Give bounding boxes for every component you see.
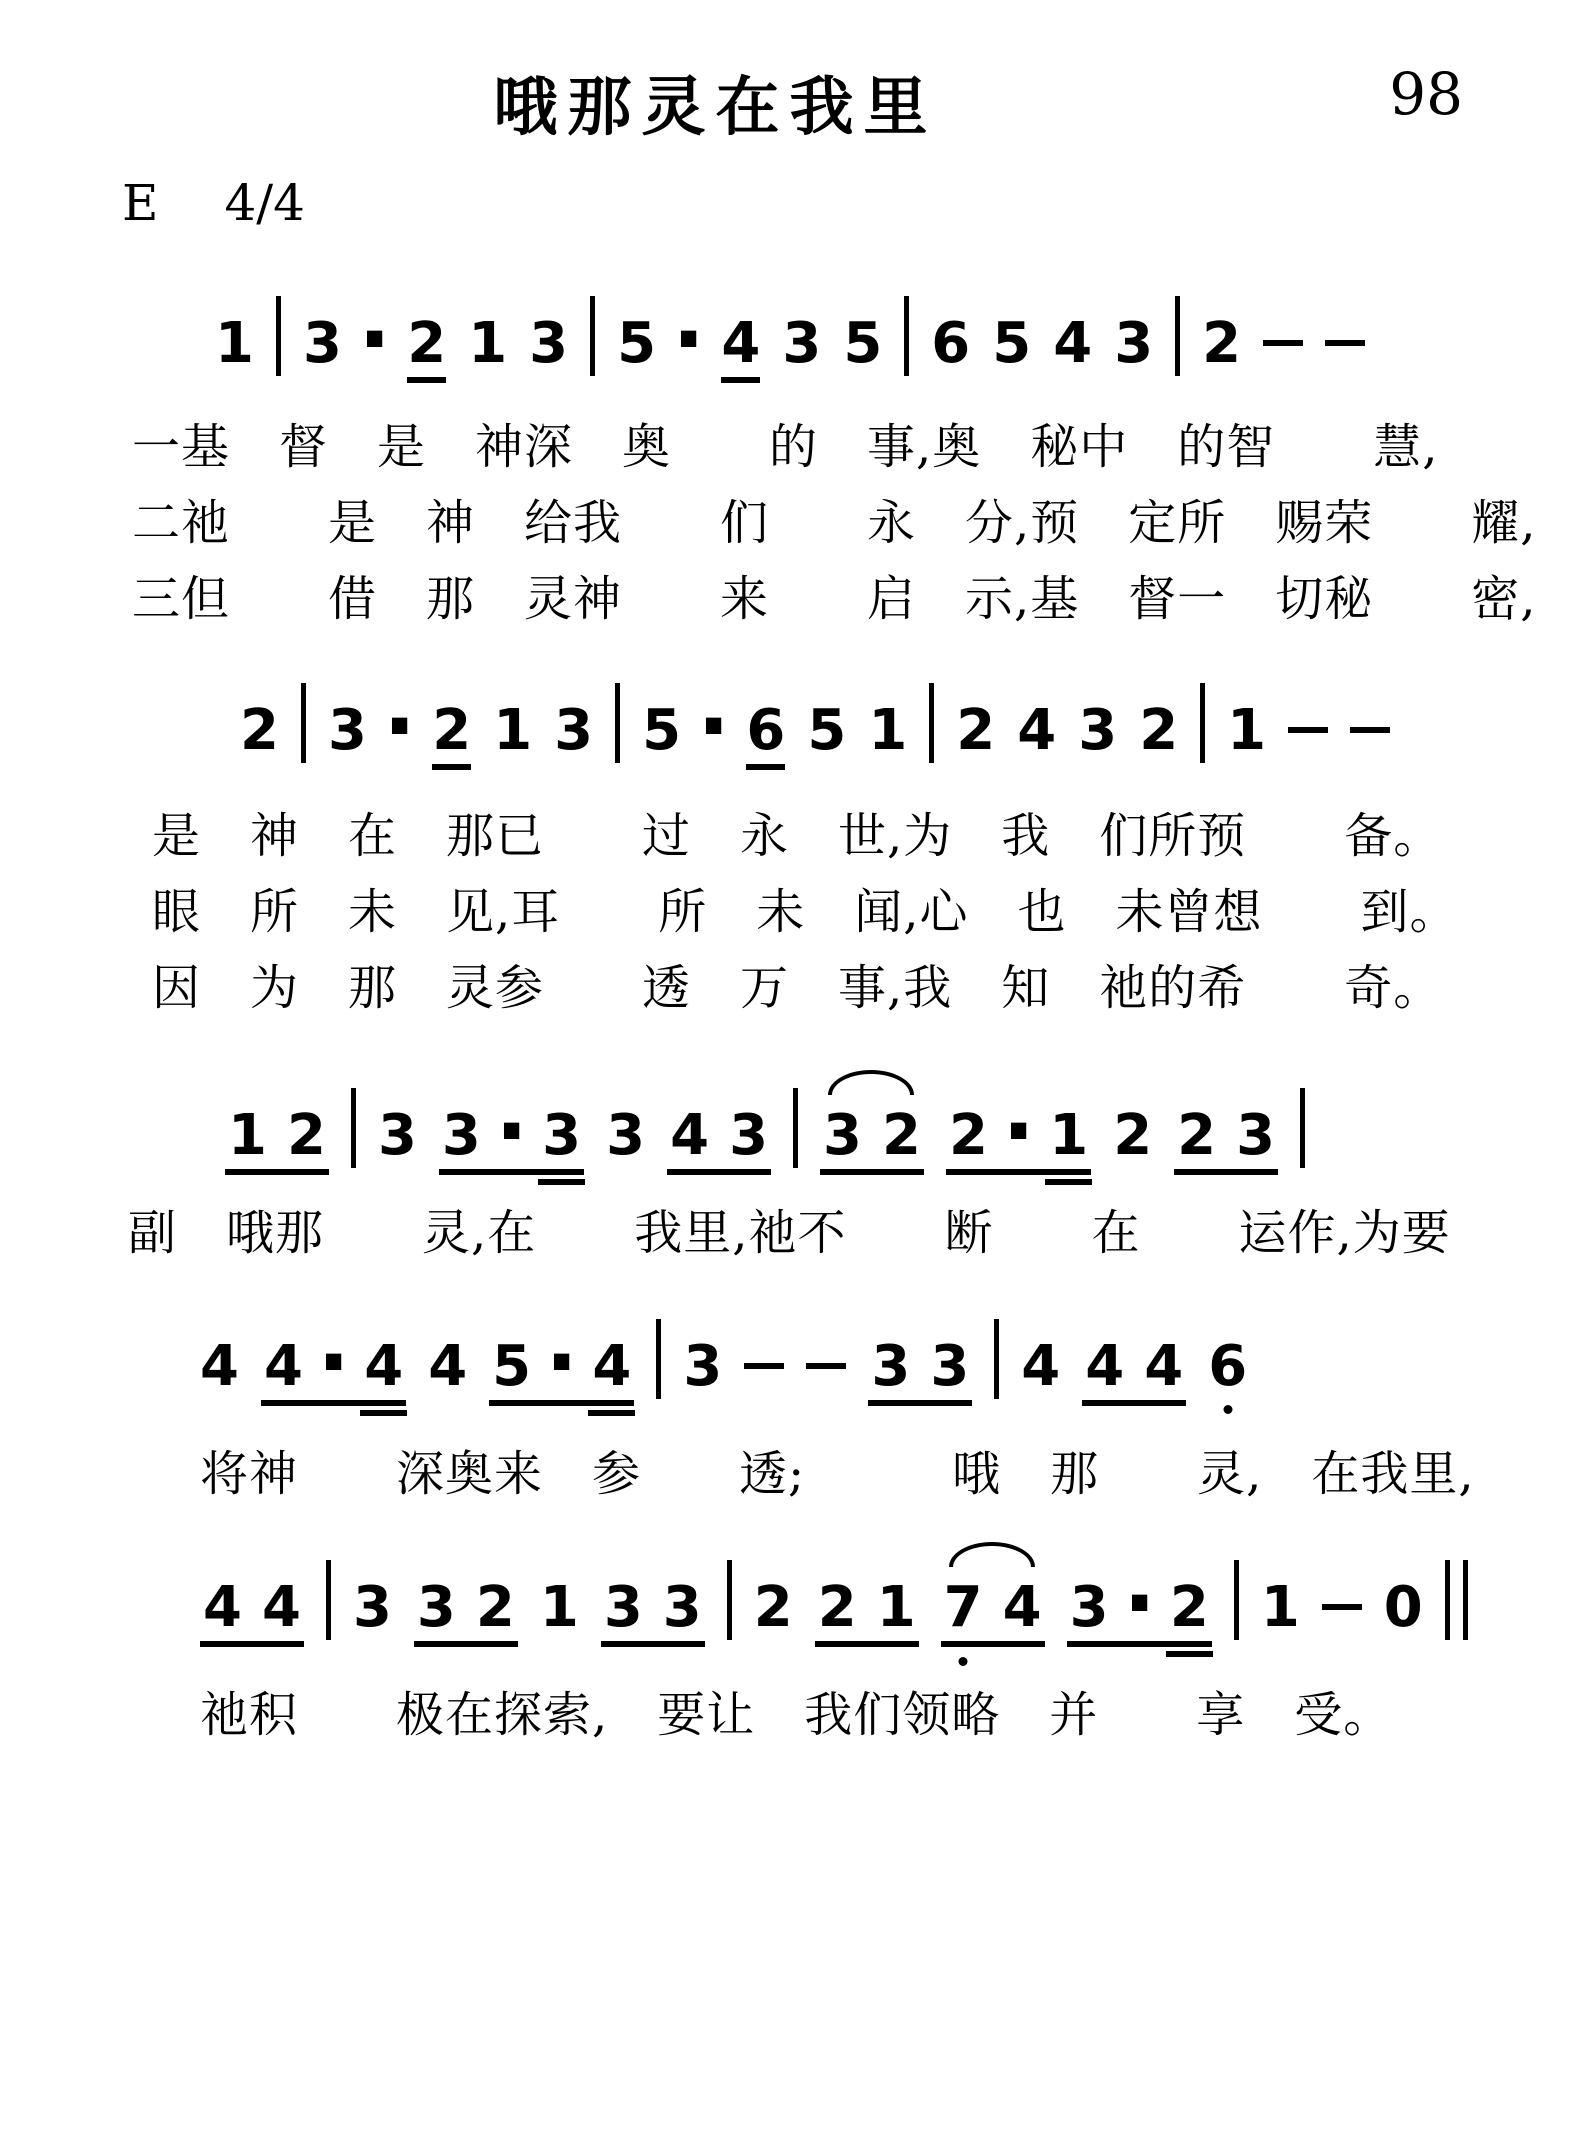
note-digit: 2: [1177, 1108, 1216, 1164]
note-digit: 5: [617, 316, 656, 372]
sustain-dash: [744, 1363, 784, 1369]
final-barline: [1445, 1560, 1468, 1640]
rhythm-dot: ·: [697, 685, 730, 772]
note-digit: 4: [1021, 1339, 1060, 1395]
barline: [1200, 683, 1205, 763]
lyric-chorus-line2: 将神 深奥来 参 透; 哦 那 灵, 在我里,: [0, 1444, 1571, 1504]
note-digit: 3: [353, 1580, 392, 1636]
note-digit: 4: [592, 1339, 631, 1395]
sheet-music-page: 哦那灵在我里 98 E 4/4 13·2135·43565432一基 督 是 神…: [0, 0, 1571, 2138]
note-digit: 2: [882, 1108, 921, 1164]
music-line-verse-2: 23·2135·65124321: [0, 669, 1571, 770]
note-digit: 2: [956, 703, 995, 759]
music-line-chorus-1: 1233·3343322·1223: [0, 1074, 1571, 1175]
barline: [590, 296, 595, 376]
note-digit: 2: [407, 316, 446, 383]
note-digit: 2: [1139, 703, 1178, 759]
barline: [793, 1088, 798, 1168]
sustain-dash: [1288, 727, 1328, 733]
song-number: 98: [1389, 60, 1463, 128]
note-digit: 6: [931, 316, 970, 372]
note-digit: 4: [1144, 1339, 1183, 1395]
note-digit: 4: [264, 1339, 303, 1395]
note-digit: 4: [1085, 1339, 1124, 1395]
note-digit: 3: [663, 1580, 702, 1636]
rhythm-dot: ·: [545, 1321, 578, 1408]
barline: [904, 296, 909, 376]
barline: [656, 1319, 661, 1399]
lyric-verse1-line2: 是 神 在 那已 过 永 世,为 我 们所预 备。: [0, 806, 1571, 866]
note-digit: 1: [228, 1108, 267, 1164]
lyric-verse3-line1: 三但 借 那 灵神 来 启 示,基 督一 切秘 密,: [0, 569, 1571, 629]
barline: [929, 683, 934, 763]
note-digit: 3: [871, 1339, 910, 1395]
note-digit: 5: [843, 316, 882, 372]
rhythm-dot: ·: [672, 298, 705, 385]
score: 13·2135·43565432一基 督 是 神深 奥 的 事,奥 秘中 的智 …: [0, 282, 1571, 1745]
note-digit: 4: [262, 1580, 301, 1636]
lyric-verse1-line1: 一基 督 是 神深 奥 的 事,奥 秘中 的智 慧,: [0, 417, 1571, 477]
note-digit: 1: [1049, 1108, 1088, 1164]
note-digit: 3: [529, 316, 568, 372]
note-digit: 4: [200, 1339, 239, 1395]
note-digit: 4: [1053, 316, 1092, 372]
note-digit: 1: [1227, 703, 1266, 759]
beam-group: 12: [225, 1108, 329, 1175]
beam-group: 2·1: [946, 1108, 1091, 1175]
note-digit: 3: [930, 1339, 969, 1395]
note-digit: 3: [1114, 316, 1153, 372]
note-digit: 3: [442, 1108, 481, 1164]
note-digit: 0: [1384, 1580, 1423, 1636]
note-digit: 4: [428, 1339, 467, 1395]
note-digit: 2: [432, 703, 471, 770]
header: 哦那灵在我里 98: [0, 56, 1571, 146]
note-digit: 1: [493, 703, 532, 759]
note-digit: 2: [287, 1108, 326, 1164]
key-signature-line: E 4/4: [122, 174, 1571, 232]
note-digit: 3: [782, 316, 821, 372]
note-digit: 6: [746, 703, 785, 770]
note-digit: 1: [877, 1580, 916, 1636]
beam-group: 23: [1174, 1108, 1278, 1175]
beam-group: 43: [667, 1108, 771, 1175]
note-digit: 3: [1078, 703, 1117, 759]
note-digit: 3: [328, 703, 367, 759]
note-digit: 1: [1261, 1580, 1300, 1636]
note-digit: 1: [215, 316, 254, 372]
note-digit: 4: [670, 1108, 709, 1164]
lyric-verse3-line2: 因 为 那 灵参 透 万 事,我 知 祂的希 奇。: [0, 958, 1571, 1018]
note-digit: 2: [476, 1580, 515, 1636]
page-title: 哦那灵在我里: [0, 56, 1571, 148]
rhythm-dot: ·: [1123, 1562, 1156, 1649]
note-digit: 3: [683, 1339, 722, 1395]
note-digit: 3: [1070, 1580, 1109, 1636]
note-digit: 2: [949, 1108, 988, 1164]
barline: [1234, 1560, 1239, 1640]
note-digit: 3: [823, 1108, 862, 1164]
note-digit: 3: [542, 1108, 581, 1164]
note-digit: 3: [554, 703, 593, 759]
music-line-chorus-2: 44·445·43334446: [0, 1305, 1571, 1406]
beam-group: 4·4: [261, 1339, 406, 1406]
note-digit: 2: [818, 1580, 857, 1636]
beam-group: 32: [414, 1580, 518, 1647]
note-digit: 2: [754, 1580, 793, 1636]
barline: [1175, 296, 1180, 376]
rhythm-dot: ·: [358, 298, 391, 385]
sustain-dash: [1350, 727, 1390, 733]
barline: [301, 683, 306, 763]
sustain-dash: [806, 1363, 846, 1369]
rhythm-dot: ·: [1002, 1090, 1035, 1177]
note-digit: 5: [492, 1339, 531, 1395]
beam-group: 44: [1082, 1339, 1186, 1406]
note-digit: 5: [807, 703, 846, 759]
barline: [615, 683, 620, 763]
note-digit: 3: [378, 1108, 417, 1164]
note-digit: 3: [729, 1108, 768, 1164]
slur-beam-group: 32: [820, 1108, 924, 1175]
note-digit: 2: [1170, 1580, 1209, 1636]
note-digit: 1: [868, 703, 907, 759]
beam-group: 5·4: [489, 1339, 634, 1406]
barline: [994, 1319, 999, 1399]
note-digit: 2: [1202, 316, 1241, 372]
note-digit: 3: [604, 1580, 643, 1636]
beam-group: 33: [601, 1580, 705, 1647]
barline: [326, 1560, 331, 1640]
lyric-chorus-line1: 副 哦那 灵,在 我里,祂不 断 在 运作,为要: [0, 1203, 1571, 1263]
music-line-verse-1: 13·2135·43565432: [0, 282, 1571, 383]
note-digit: 3: [606, 1108, 645, 1164]
note-digit: 1: [540, 1580, 579, 1636]
rhythm-dot: ·: [383, 685, 416, 772]
note-digit: 3: [1236, 1108, 1275, 1164]
beam-group: 21: [815, 1580, 919, 1647]
note-digit: 4: [721, 316, 760, 383]
note-digit: 7: [944, 1580, 983, 1636]
note-digit: 3: [303, 316, 342, 372]
note-digit: 4: [1003, 1580, 1042, 1636]
barline: [351, 1088, 356, 1168]
rhythm-dot: ·: [317, 1321, 350, 1408]
barline: [276, 296, 281, 376]
beam-group: 44: [200, 1580, 304, 1647]
beam-group: 3·2: [1067, 1580, 1212, 1647]
lyric-chorus-line3: 祂积 极在探索, 要让 我们领略 并 享 受。: [0, 1685, 1571, 1745]
note-digit: 2: [1113, 1108, 1152, 1164]
barline: [1300, 1088, 1305, 1168]
key-signature: E: [122, 174, 159, 232]
rhythm-dot: ·: [495, 1090, 528, 1177]
beam-group: 3·3: [439, 1108, 584, 1175]
beam-group: 33: [868, 1339, 972, 1406]
note-digit: 4: [203, 1580, 242, 1636]
lyric-verse2-line1: 二祂 是 神 给我 们 永 分,预 定所 赐荣 耀,: [0, 493, 1571, 553]
lyric-verse2-line2: 眼 所 未 见,耳 所 未 闻,心 也 未曾想 到。: [0, 882, 1571, 942]
time-signature: 4/4: [225, 174, 305, 232]
note-digit: 4: [1017, 703, 1056, 759]
note-digit: 5: [642, 703, 681, 759]
note-digit: 4: [364, 1339, 403, 1395]
note-digit: 2: [240, 703, 279, 759]
barline: [727, 1560, 732, 1640]
note-digit: 3: [417, 1580, 456, 1636]
note-digit: 1: [468, 316, 507, 372]
sustain-dash: [1322, 1604, 1362, 1610]
music-line-chorus-3: 44332133221743·210: [0, 1546, 1571, 1647]
note-digit: 5: [992, 316, 1031, 372]
sustain-dash: [1325, 340, 1365, 346]
note-digit: 6: [1208, 1339, 1247, 1395]
sustain-dash: [1263, 340, 1303, 346]
slur-beam-group: 74: [941, 1580, 1045, 1647]
